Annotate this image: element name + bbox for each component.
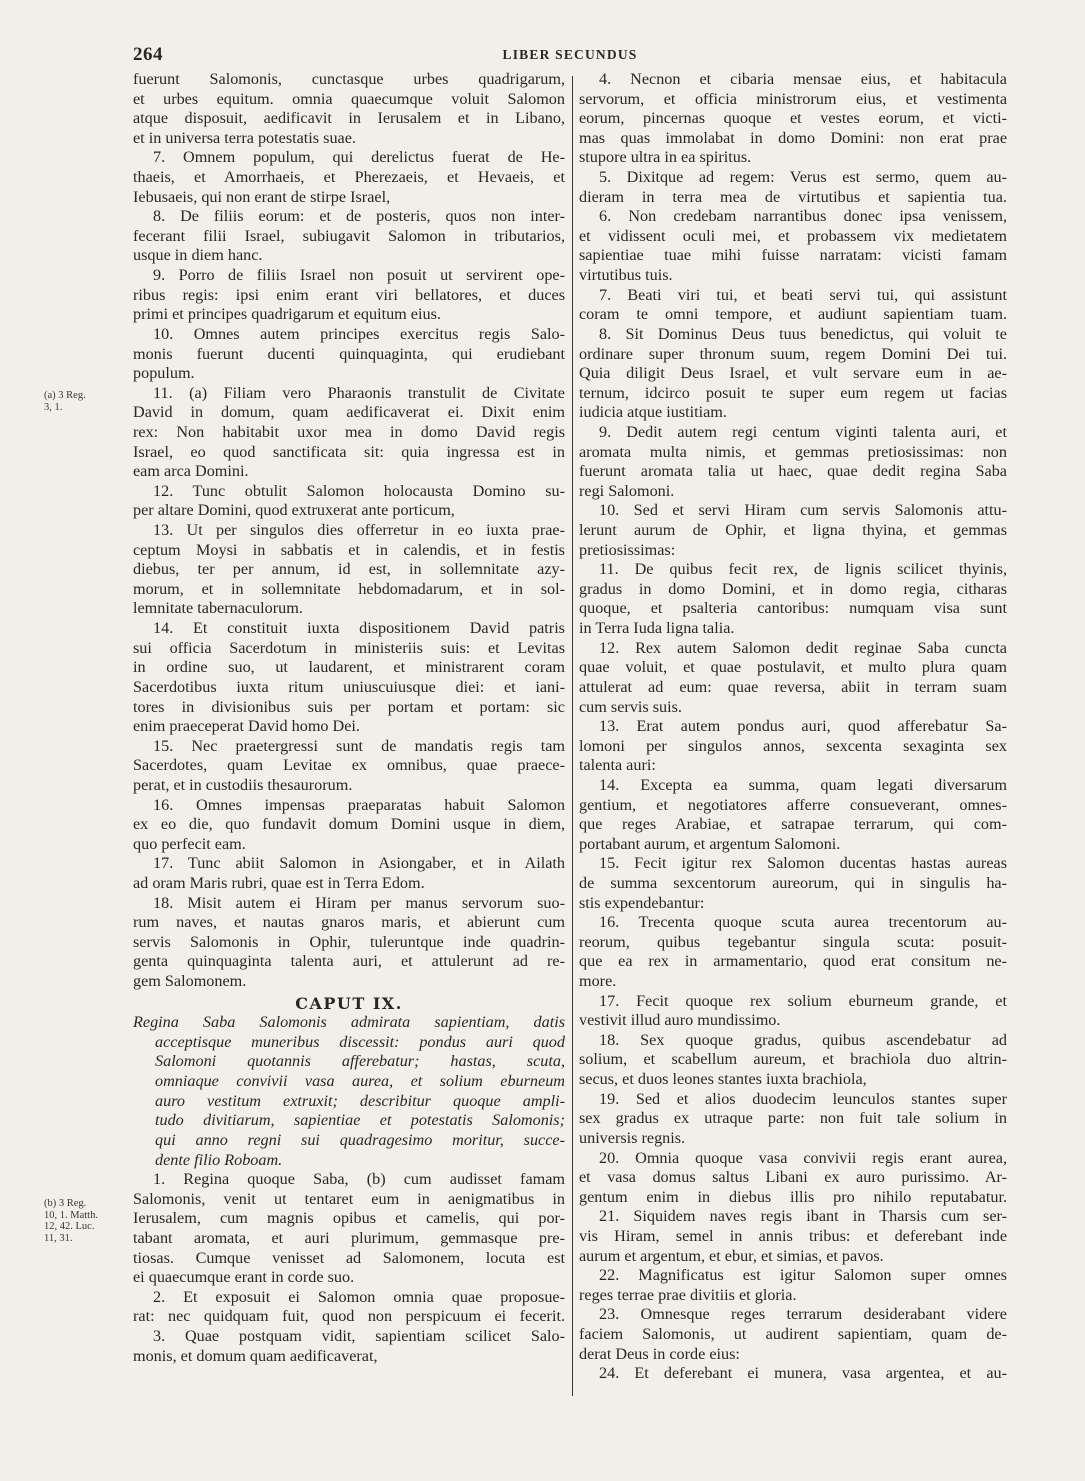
text-line: 10. Omnes autem principes exercitus regi… [133,325,565,345]
text-line: servis Salomonis in Ophir, tuleruntque i… [133,933,565,953]
text-line: 13. Ut per singulos dies offerretur in e… [133,521,565,541]
text-line: aurum et argentum, et ebur, et simias, e… [579,1247,1007,1267]
text-line: omniaque convivii vasa aurea, et solium … [133,1072,565,1092]
text-line: more. [579,972,1007,992]
text-line: diebus, ter per annum, id est, in sollem… [133,560,565,580]
column-divider [572,76,573,1396]
text-line: 6. Non credebam narrantibus donec ipsa v… [579,207,1007,227]
text-line: fecerant filii Israel, subiugavit Salomo… [133,227,565,247]
text-line: ordinare super thronum suum, regem Domin… [579,345,1007,365]
text-line: portabant aurum, et argentum Salomoni. [579,835,1007,855]
text-line: gentum enim in diebus illis pro nihilo r… [579,1188,1007,1208]
text-line: 18. Sex quoque gradus, quibus ascendebat… [579,1031,1007,1051]
text-line: genta quinquaginta talenta auri, et attu… [133,952,565,972]
text-line: faciem Salomonis, ut audirent sapientiam… [579,1325,1007,1345]
text-line: in ordine suo, ut laudarent, et ministra… [133,658,565,678]
text-line: ceptum Moysi in sabbatis et in calendis,… [133,541,565,561]
margin-note-a: (a) 3 Reg.3, 1. [44,390,126,413]
text-line: 19. Sed et alios duodecim leunculos stan… [579,1090,1007,1110]
text-line: eorum, pincernas quoque et vestes eorum,… [579,109,1007,129]
text-line: 3. Quae postquam vidit, sapientiam scili… [133,1327,565,1347]
text-line: 11. De quibus fecit rex, de lignis scili… [579,560,1007,580]
text-line: 15. Fecit igitur rex Salomon ducentas ha… [579,854,1007,874]
text-line: in Terra Iuda ligna talia. [579,619,1007,639]
text-line: sex gradus ex utraque parte: non fuit ta… [579,1109,1007,1129]
text-line: primi et principes quadrigarum et equitu… [133,305,565,325]
text-line: 15. Nec praetergressi sunt de mandatis r… [133,737,565,757]
margin-note-line: 10, 1. Matth. [44,1210,126,1222]
text-line: reges terrae prae divitiis et gloria. [579,1286,1007,1306]
text-line: 7. Beati viri tui, et beati servi tui, q… [579,286,1007,306]
text-line: enim praeceperat David homo Dei. [133,717,565,737]
text-line: monis, et domum quam aedificaverat, [133,1347,565,1367]
text-line: dente filio Roboam. [133,1151,565,1171]
text-line: Salomoni quotannis afferebatur; hastas, … [133,1052,565,1072]
text-line: perat, et in custodiis thesaurorum. [133,776,565,796]
text-line: talenta auri: [579,756,1007,776]
text-line: 12. Tunc obtulit Salomon holocausta Domi… [133,482,565,502]
text-line: atque disposuit, aedificavit in Ierusale… [133,109,565,129]
text-line: coram te omni tempore, et audiunt sapien… [579,305,1007,325]
text-line: que reges Arabiae, et satrapae terrarum,… [579,815,1007,835]
text-line: 11. (a) Filiam vero Pharaonis transtulit… [133,384,565,404]
text-line: David in domum, quam aedificaverat ei. D… [133,403,565,423]
text-line: iudicia atque iustitiam. [579,403,1007,423]
text-line: pretiosissimas: [579,541,1007,561]
text-line: que ea rex in armamentario, quod erat co… [579,952,1007,972]
text-line: cum servis suis. [579,698,1007,718]
text-line: quoque, et psalteria cantoribus: numquam… [579,599,1007,619]
text-line: rex: Non habitabit uxor mea in domo Davi… [133,423,565,443]
text-line: auro vestitum extruxit; describitur quoq… [133,1092,565,1112]
text-line: regi Salomoni. [579,482,1007,502]
text-line: 8. Sit Dominus Deus tuus benedictus, qui… [579,325,1007,345]
text-line: Sacerdotibus iuxta ritum uniuscuiusque d… [133,678,565,698]
text-line: 7. Omnem populum, qui derelictus fuerat … [133,148,565,168]
text-line: usque in diem hanc. [133,246,565,266]
text-line: ribus regis: ipsi enim erant viri bellat… [133,286,565,306]
text-line: rum naves, et nautas gnaros maris, et ab… [133,913,565,933]
text-line: attulerat ad eum: quae reversa, abiit in… [579,678,1007,698]
text-line: ei quaecumque erant in corde suo. [133,1268,565,1288]
text-line: secus, et duos leones stantes iuxta brac… [579,1070,1007,1090]
left-text-before-chapter: fuerunt Salomonis, cunctasque urbes quad… [133,70,565,992]
margin-note-line: 11, 31. [44,1233,126,1245]
text-line: thaeis, et Amorrhaeis, et Pherezaeis, et… [133,168,565,188]
text-line: 21. Siquidem naves regis ibant in Tharsi… [579,1207,1007,1227]
text-line: tores in divisionibus suis per portam et… [133,698,565,718]
text-line: stupore ultra in ea spiritus. [579,148,1007,168]
book-page: 264 LIBER SECUNDUS (a) 3 Reg.3, 1. (b) 3… [0,0,1085,1481]
text-line: 16. Trecenta quoque scuta aurea trecento… [579,913,1007,933]
text-line: servorum, et officia ministrorum eius, e… [579,90,1007,110]
text-line: fuerunt Salomonis, cunctasque urbes quad… [133,70,565,90]
margin-note-line: 3, 1. [44,402,126,414]
text-line: gradus in domo Domini, et in domo regia,… [579,580,1007,600]
text-line: 1. Regina quoque Saba, (b) cum audisset … [133,1170,565,1190]
text-line: vestivit illud auro mundissimo. [579,1011,1007,1031]
text-line: derat Deus in corde eius: [579,1345,1007,1365]
text-line: et vidissent oculi mei, et probassem vix… [579,227,1007,247]
text-line: lemnitate tabernaculorum. [133,599,565,619]
text-line: tabant aromata, et auri plurimum, gemmas… [133,1229,565,1249]
right-text: 4. Necnon et cibaria mensae eius, et hab… [579,70,1007,1384]
right-column: 4. Necnon et cibaria mensae eius, et hab… [579,70,1007,1384]
text-line: et urbes equitum. omnia quaecumque volui… [133,90,565,110]
text-line: 12. Rex autem Salomon dedit reginae Saba… [579,639,1007,659]
text-line: per altare Domini, quod extruxerat ante … [133,501,565,521]
text-line: 13. Erat autem pondus auri, quod affereb… [579,717,1007,737]
text-line: populum. [133,364,565,384]
text-line: gem Salomonem. [133,972,565,992]
text-line: fuerunt aromata talia ut haec, quae dedi… [579,462,1007,482]
text-line: stis expendebantur: [579,894,1007,914]
text-line: 4. Necnon et cibaria mensae eius, et hab… [579,70,1007,90]
text-line: qui anno regni sui quadragesimo moritur,… [133,1131,565,1151]
text-line: universis regnis. [579,1129,1007,1149]
text-line: 9. Dedit autem regi centum viginti talen… [579,423,1007,443]
margin-note-line: (b) 3 Reg. [44,1198,126,1210]
text-line: 2. Et exposuit ei Salomon omnia quae pro… [133,1288,565,1308]
text-line: lomoni per singulos annos, sexcenta sexa… [579,737,1007,757]
text-line: 8. De filiis eorum: et de posteris, quos… [133,207,565,227]
text-line: virtutibus tuis. [579,266,1007,286]
text-line: et vasa domus saltus Libani ex auro puri… [579,1168,1007,1188]
margin-note-line: (a) 3 Reg. [44,390,126,402]
text-line: vis Hiram, semel in annis tribus: et def… [579,1227,1007,1247]
text-line: Salomonis, venit ut tentaret eum in aeni… [133,1190,565,1210]
running-head: 264 LIBER SECUNDUS [133,44,1007,66]
margin-note-b: (b) 3 Reg.10, 1. Matth.12, 42. Luc.11, 3… [44,1198,126,1244]
text-line: sui officia Sacerdotum in ministeriis su… [133,639,565,659]
text-line: 17. Tunc abiit Salomon in Asiongaber, et… [133,854,565,874]
text-line: 24. Et deferebant ei munera, vasa argent… [579,1364,1007,1384]
text-line: Iebusaeis, qui non erant de stirpe Israe… [133,188,565,208]
text-line: Regina Saba Salomonis admirata sapientia… [133,1013,565,1033]
text-line: quae voluit, et quae postulavit, et mult… [579,658,1007,678]
text-line: gentium, et negotiatores afferre consuev… [579,796,1007,816]
text-line: 5. Dixitque ad regem: Verus est sermo, q… [579,168,1007,188]
text-line: 20. Omnia quoque vasa convivii regis era… [579,1149,1007,1169]
text-line: 14. Et constituit iuxta dispositionem Da… [133,619,565,639]
text-line: de summa sexcentorum aureorum, qui in si… [579,874,1007,894]
text-line: Israel, eo quod sanctificata sit: quia i… [133,443,565,463]
text-line: 16. Omnes impensas praeparatas habuit Sa… [133,796,565,816]
text-line: mas quas immolabat in domo Domini: non e… [579,129,1007,149]
text-line: 17. Fecit quoque rex solium eburneum gra… [579,992,1007,1012]
text-line: Ierusalem, cum magnis opibus et camelis,… [133,1209,565,1229]
text-line: lerunt aurum de Ophir, et ligna thyina, … [579,521,1007,541]
text-line: 22. Magnificatus est igitur Salomon supe… [579,1266,1007,1286]
chapter-heading: CAPUT IX. [133,994,565,1014]
text-line: 14. Excepta ea summa, quam legati divers… [579,776,1007,796]
text-line: rat: nec quidquam fuit, quod non perspic… [133,1307,565,1327]
text-line: monis fuerunt ducenti quinquaginta, qui … [133,345,565,365]
text-line: 23. Omnesque reges terrarum desiderabant… [579,1305,1007,1325]
text-line: 18. Misit autem ei Hiram per manus servo… [133,894,565,914]
text-line: et in universa terra potestatis suae. [133,129,565,149]
text-line: ad oram Maris rubri, quae est in Terra E… [133,874,565,894]
chapter-summary: Regina Saba Salomonis admirata sapientia… [133,1013,565,1170]
text-line: Sacerdotes, quam Levitae ex omnibus, qua… [133,756,565,776]
text-line: reorum, quibus tegebantur singula scuta:… [579,933,1007,953]
text-line: acceptisque muneribus discessit: pondus … [133,1033,565,1053]
text-line: solium, et scabellum aureum, et brachiol… [579,1050,1007,1070]
text-line: 9. Porro de filiis Israel non posuit ut … [133,266,565,286]
text-line: tudo divitiarum, sapientiae et potestati… [133,1111,565,1131]
text-line: aromata multa nimis, et gemmas pretiosis… [579,443,1007,463]
text-line: sapientiae tuae mihi fuisse narratam: vi… [579,246,1007,266]
left-text-after-chapter: 1. Regina quoque Saba, (b) cum audisset … [133,1170,565,1366]
text-line: dieram in terra mea de virtutibus et sap… [579,188,1007,208]
text-line: morum, et in sollemnitate hebdomadarum, … [133,580,565,600]
text-line: Quia diligit Deus Israel, et vult servar… [579,364,1007,384]
text-line: tiosas. Cumque venisset ad Salomonem, lo… [133,1249,565,1269]
left-column: fuerunt Salomonis, cunctasque urbes quad… [133,70,565,1366]
text-line: 10. Sed et servi Hiram cum servis Salomo… [579,501,1007,521]
text-line: ex eo die, quo fundavit domum Domini usq… [133,815,565,835]
text-line: quo perfecit eam. [133,835,565,855]
margin-note-line: 12, 42. Luc. [44,1221,126,1233]
text-line: ternum, idcirco posuit te super eum rege… [579,384,1007,404]
text-line: eam arca Domini. [133,462,565,482]
running-title: LIBER SECUNDUS [133,47,1007,63]
